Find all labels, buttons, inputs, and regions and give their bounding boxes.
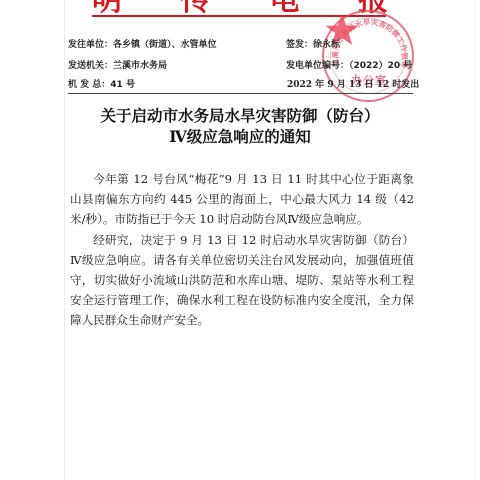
document-title: 关于启动市水务局水旱灾害防御（防台） Ⅳ级应急响应的通知: [64, 105, 416, 147]
masthead-char: 传: [181, 0, 211, 16]
meta-value: 各乡镇（街道）、水管单位: [113, 40, 217, 50]
meta-label: 发送机关：: [68, 61, 113, 71]
meta-doc-number: 发电单位编号：（2022）20 号: [286, 61, 412, 72]
meta-value: 徐永标: [313, 40, 340, 50]
meta-value: 41 号: [110, 80, 135, 90]
masthead-char: 电: [269, 0, 299, 16]
page-edge-left: [64, 0, 65, 480]
meta-value: 兰溪市水务局: [113, 61, 167, 71]
meta-label: 发电单位编号：: [286, 61, 349, 71]
meta-sender: 发送机关：兰溪市水务局: [68, 61, 167, 72]
meta-label: 签发：: [286, 40, 313, 50]
document-page: 明 传 电 报 兰溪市水务局水旱灾害防御工作领导小组 办公室 发往单位：各乡镇（…: [0, 0, 480, 480]
meta-machine-number: 机 发 总：41 号: [68, 80, 135, 91]
document-body: 今年第 12 号台风“梅花”9 月 13 日 11 时其中心位于距离象山县南偏东…: [70, 169, 414, 331]
masthead-char: 明: [92, 0, 122, 16]
body-paragraph: 今年第 12 号台风“梅花”9 月 13 日 11 时其中心位于距离象山县南偏东…: [70, 169, 414, 230]
meta-value: （2022）20 号: [349, 61, 412, 71]
page-edge-right: [475, 0, 476, 480]
meta-recipients: 发往单位：各乡镇（街道）、水管单位: [68, 40, 217, 51]
meta-sent-time: 2022 年 9 月 13 日 12 时发出: [287, 80, 419, 91]
title-line-2: Ⅳ级应急响应的通知: [64, 126, 416, 147]
meta-label: 发往单位：: [68, 40, 113, 50]
title-line-1: 关于启动市水务局水旱灾害防御（防台）: [64, 105, 416, 126]
body-paragraph: 经研究，决定于 9 月 13 日 12 时启动水旱灾害防御（防台）Ⅳ级应急响应。…: [70, 230, 414, 331]
meta-signer: 签发：徐永标: [286, 40, 340, 51]
meta-divider: [68, 93, 413, 94]
meta-label: 机 发 总：: [68, 80, 110, 90]
